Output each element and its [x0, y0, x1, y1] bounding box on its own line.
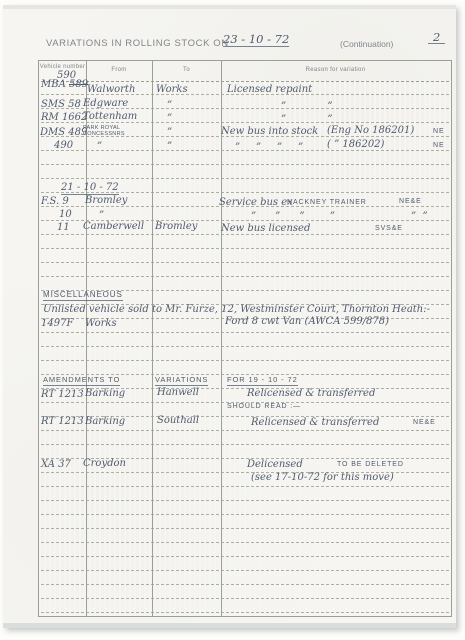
section-date-21-10-72: 21 - 10 - 72: [61, 182, 119, 195]
entry-from-edgware: Edgware: [83, 98, 128, 109]
entry-see-note: (see 17-10-72 for this move): [251, 472, 394, 483]
entry-from-park-royal: PARK ROYAL CONCESSNRS: [83, 125, 125, 137]
page-title: VARIATIONS IN ROLLING STOCK ON: [46, 38, 229, 49]
page-date: 23 - 10 - 72: [223, 34, 289, 47]
entry-from-croydon: Croydon: [83, 458, 126, 469]
entry-from-barking-new: Barking: [85, 416, 125, 427]
entry-vehicle-1497f: 1497F: [41, 318, 73, 329]
entry-code-nee-1: NE&E: [399, 197, 422, 206]
ditto-from: ”: [99, 210, 104, 221]
amendments-heading-2: VARIATIONS: [155, 375, 208, 386]
entry-vehicle-rt1213-new: RT 1213: [41, 416, 84, 427]
entry-reason-service-bus: Service bus ex: [219, 197, 293, 208]
ditto-from: ”: [97, 141, 102, 152]
entry-vehicle-sms58: SMS 58: [41, 99, 81, 110]
ditto-reason: ” ”: [281, 114, 333, 125]
entry-to-bromley: Bromley: [155, 221, 197, 232]
page-number: 2: [428, 32, 445, 44]
entry-vehicle-xa37: XA 37: [41, 459, 71, 470]
entry-from-walworth: Walworth: [87, 84, 135, 95]
entry-engine-number-1: (Eng No 186201): [327, 125, 414, 136]
entry-code-svse: SVS&E: [375, 224, 403, 233]
miscellaneous-heading: MISCELLANEOUS: [43, 290, 123, 301]
ditto-to: ”: [167, 100, 172, 111]
entry-vehicle-rt1213-old: RT 1213: [41, 389, 84, 400]
ditto-reason: ” ”: [281, 101, 333, 112]
builder-line-2: CONCESSNRS: [83, 131, 125, 137]
entry-vehicle-dms489: DMS 489: [40, 127, 87, 138]
entry-reason-new-bus: New bus into stock: [221, 126, 318, 137]
entry-reason-relicensed-new: Relicensed & transferred: [251, 417, 379, 428]
entry-to-be-deleted: TO BE DELETED: [337, 460, 404, 469]
misc-ford-van-line: Ford 8 cwt Van (AWCA 599/878): [225, 316, 389, 327]
entry-reason-relicensed-old: Relicensed & transferred: [247, 388, 375, 399]
misc-sale-line: Unlisted vehicle sold to Mr. Furze, 12, …: [43, 304, 430, 315]
entry-code-ne-2: NE: [433, 141, 445, 150]
handwritten-entries: 590 MBA 589 Walworth Works Licensed repa…: [39, 61, 451, 616]
scanned-ledger-page: VARIATIONS IN ROLLING STOCK ON 23 - 10 -…: [3, 5, 456, 628]
ditto-to: ”: [167, 113, 172, 124]
ditto-to: ”: [167, 141, 172, 152]
entry-vehicle-fs10: 10: [59, 209, 72, 220]
entry-reason-licensed-repaint: Licensed repaint: [227, 84, 312, 95]
should-read-label: SHOULD READ :—: [227, 402, 301, 411]
entry-from-camberwell: Camberwell: [83, 221, 144, 232]
entry-to-hanwell: Hanwell: [157, 387, 199, 398]
ditto-to: ”: [167, 127, 172, 138]
entry-vehicle-rm1662: RM 1662: [41, 112, 87, 123]
entry-vehicle-fs11: 11: [57, 222, 70, 233]
continuation-label: (Continuation): [340, 39, 393, 49]
vehicle-class: MBA: [41, 79, 66, 90]
amendments-heading-3: FOR 19 - 10 - 72: [227, 375, 298, 386]
entry-vehicle-fs9: F.S. 9: [41, 196, 69, 207]
entry-to-southall: Southall: [157, 415, 199, 426]
entry-vehicle-mba590: 590 MBA 589: [41, 71, 88, 90]
paper-bottom-edge: [3, 623, 456, 628]
entry-vehicle-dms490: 490: [54, 140, 73, 151]
ditto-reason: ” ” ” ”: [251, 211, 335, 222]
entry-code-ne-1: NE: [433, 127, 445, 136]
variations-table: Vehicle number From To Reason for variat…: [38, 60, 452, 617]
entry-to-works: Works: [156, 84, 188, 95]
entry-from-barking-old: Barking: [85, 388, 125, 399]
entry-engine-number-2: ( ” 186202): [327, 139, 384, 150]
ditto-code: ” ”: [411, 211, 428, 222]
entry-reason-delicensed: Delicensed: [247, 459, 303, 470]
amendments-heading-1: AMENDMENTS TO: [43, 375, 120, 386]
entry-code-nee-2: NE&E: [413, 418, 436, 427]
ditto-reason: ” ” ” ”: [235, 142, 303, 153]
vehicle-number-struck: 589: [69, 79, 88, 90]
entry-from-bromley: Bromley: [85, 195, 127, 206]
entry-reason-new-bus-licensed: New bus licensed: [221, 223, 310, 234]
entry-from-works: Works: [85, 318, 117, 329]
paper-top-edge: [3, 5, 456, 9]
entry-hackney-trainer: HACKNEY TRAINER: [287, 198, 367, 207]
entry-from-tottenham: Tottenham: [83, 111, 137, 122]
